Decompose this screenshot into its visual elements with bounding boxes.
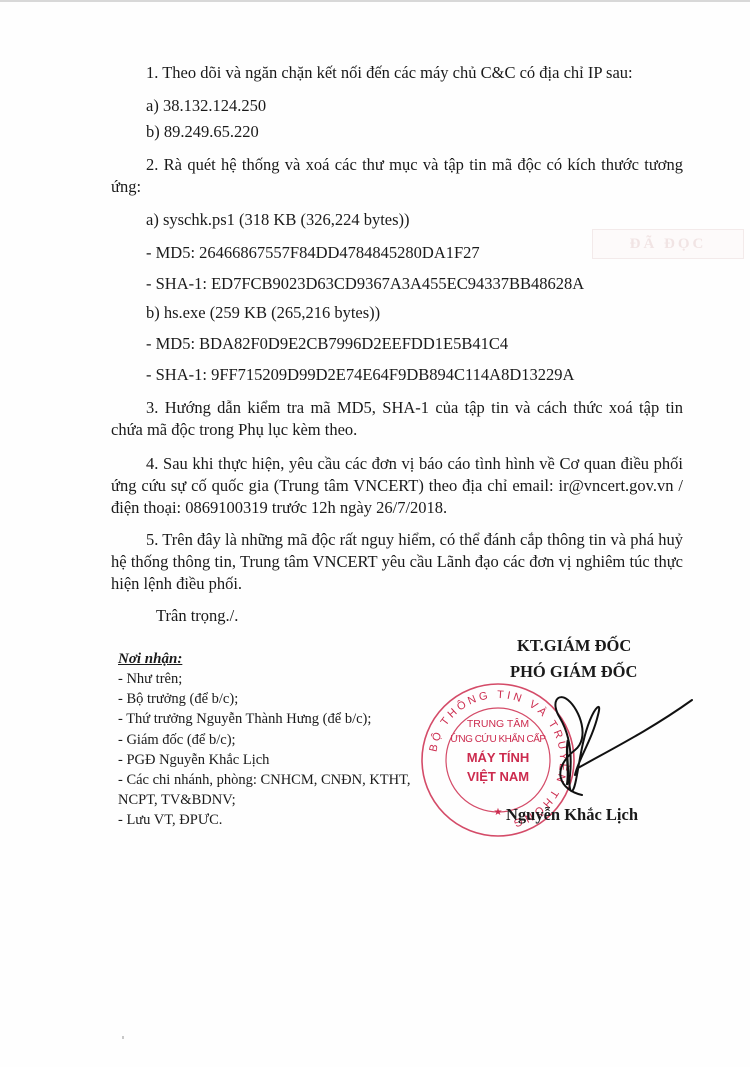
file-a-md5: - MD5: 26466867557F84DD4784845280DA1F27 bbox=[146, 243, 480, 263]
file-a-sha1: - SHA-1: ED7FCB9023D63CD9367A3A455EC9433… bbox=[146, 274, 584, 294]
item-3-text: 3. Hướng dẫn kiểm tra mã MD5, SHA-1 của … bbox=[111, 397, 683, 441]
file-b-name: b) hs.exe (259 KB (265,216 bytes)) bbox=[146, 303, 380, 323]
recipient-item: - Giám đốc (để b/c); bbox=[118, 731, 236, 749]
document-page: 1. Theo dõi và ngăn chặn kết nối đến các… bbox=[0, 0, 750, 1067]
faint-stamp-bleed: ĐÃ ĐỌC bbox=[592, 229, 744, 259]
recipient-item: - PGĐ Nguyễn Khắc Lịch bbox=[118, 751, 269, 769]
recipient-item: - Thứ trưởng Nguyễn Thành Hưng (để b/c); bbox=[118, 710, 371, 728]
handwritten-signature bbox=[520, 680, 720, 825]
file-a-name: a) syschk.ps1 (318 KB (326,224 bytes)) bbox=[146, 210, 410, 230]
recipient-item: - Các chi nhánh, phòng: CNHCM, CNĐN, KTH… bbox=[118, 771, 411, 789]
item-4-text: 4. Sau khi thực hiện, yêu cầu các đơn vị… bbox=[111, 453, 683, 519]
recipient-item: - Bộ trưởng (để b/c); bbox=[118, 690, 238, 708]
item-5-text: 5. Trên đây là những mã độc rất nguy hiể… bbox=[111, 529, 683, 595]
ip-address-a: a) 38.132.124.250 bbox=[146, 96, 266, 116]
recipient-item: - Như trên; bbox=[118, 670, 182, 688]
page-top-edge bbox=[0, 0, 750, 2]
file-b-sha1: - SHA-1: 9FF715209D99D2E74E64F9DB894C114… bbox=[146, 365, 574, 385]
closing-text: Trân trọng./. bbox=[156, 606, 238, 626]
recipients-title: Nơi nhận: bbox=[118, 651, 182, 668]
signature-title-line1: KT.GIÁM ĐỐC bbox=[517, 636, 631, 656]
item-2-text: 2. Rà quét hệ thống và xoá các thư mục v… bbox=[111, 154, 683, 198]
signer-name: Nguyễn Khắc Lịch bbox=[506, 805, 638, 825]
signature-title-line2: PHÓ GIÁM ĐỐC bbox=[510, 662, 637, 682]
recipient-item: - Lưu VT, ĐPƯC. bbox=[118, 811, 222, 829]
scan-speck bbox=[122, 1036, 124, 1039]
recipient-item: NCPT, TV&BDNV; bbox=[118, 791, 236, 809]
file-b-md5: - MD5: BDA82F0D9E2CB7996D2EEFDD1E5B41C4 bbox=[146, 334, 508, 354]
item-1-text: 1. Theo dõi và ngăn chặn kết nối đến các… bbox=[146, 63, 633, 83]
ip-address-b: b) 89.249.65.220 bbox=[146, 122, 259, 142]
